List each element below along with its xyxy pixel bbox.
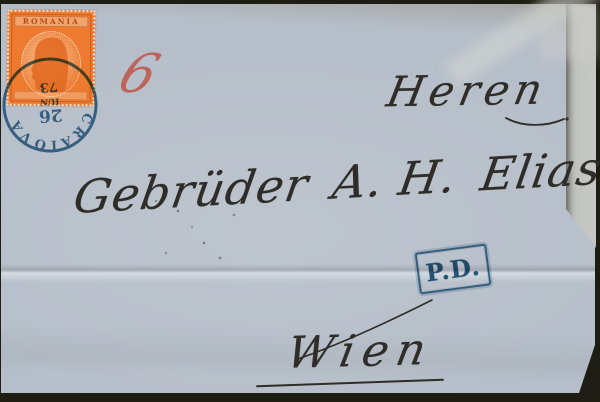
address-salutation: Heren — [383, 65, 552, 117]
datestamp-month: IUN — [40, 95, 60, 106]
datestamp-year: 73 — [39, 78, 58, 94]
postal-cover-photo: ROMANIA CRAIOVA 26 IUN 73 6 Heren Gebrüd… — [0, 0, 600, 402]
address-name-word2: A. H. — [329, 149, 461, 210]
stamp-country-label: ROMANIA — [14, 16, 88, 28]
craiova-datestamp: CRAIOVA 26 IUN 73 — [0, 45, 110, 165]
pd-handstamp-text: P.D. — [424, 251, 482, 287]
top-right-corner-highlight — [540, 4, 596, 60]
ink-specks — [155, 200, 157, 202]
address-name-word3: Elias — [477, 141, 600, 202]
datestamp-inverted-group: CRAIOVA 26 IUN 73 — [1, 56, 99, 155]
address-city: Wien — [283, 324, 438, 379]
